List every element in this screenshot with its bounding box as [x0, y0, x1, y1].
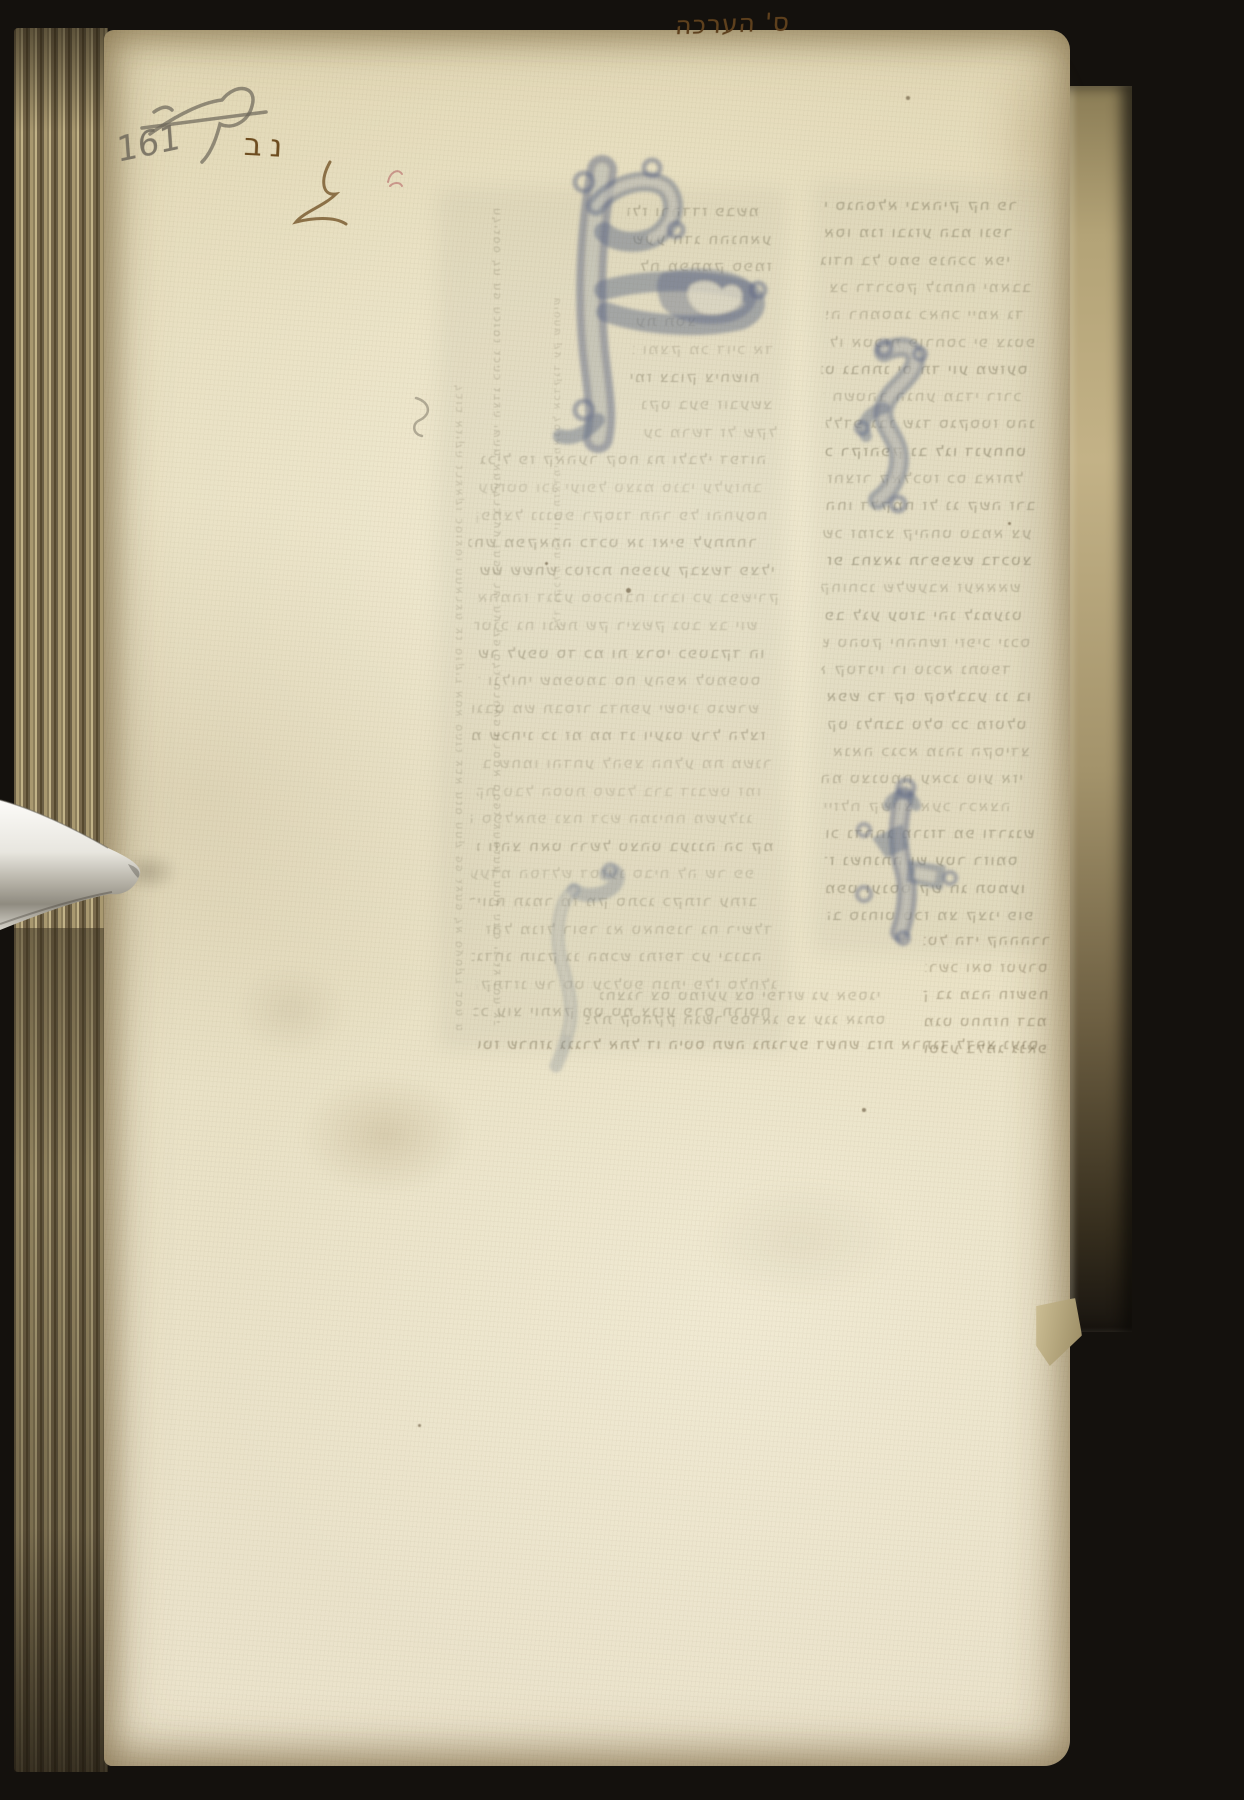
speck: [906, 96, 910, 100]
speck: [862, 1108, 866, 1112]
speck: [545, 562, 548, 565]
speck: [1008, 522, 1011, 525]
right-column-upper-initial: [856, 341, 926, 511]
pen-trial-mark: [410, 392, 436, 440]
page-holder-clip: [0, 778, 150, 943]
speck: [418, 1424, 421, 1427]
quire-signature: נב: [243, 127, 291, 165]
title-inscription: ס' הערכה: [629, 7, 791, 42]
illuminated-initials-show-through: [0, 0, 1244, 1800]
speck: [626, 588, 631, 593]
quire-signature-flourish: [286, 158, 356, 218]
manuscript-photo: לטכומ ודפלה זלז ורהדדז פבשמ שקאדח אבפט כ…: [0, 0, 1244, 1800]
large-panel-initial: [560, 160, 765, 438]
right-column-lower-initial: [857, 780, 956, 944]
center-column-lower-initial: [556, 864, 618, 1066]
adjacent-page-edge: [1070, 86, 1132, 1332]
red-mark: [384, 164, 406, 190]
